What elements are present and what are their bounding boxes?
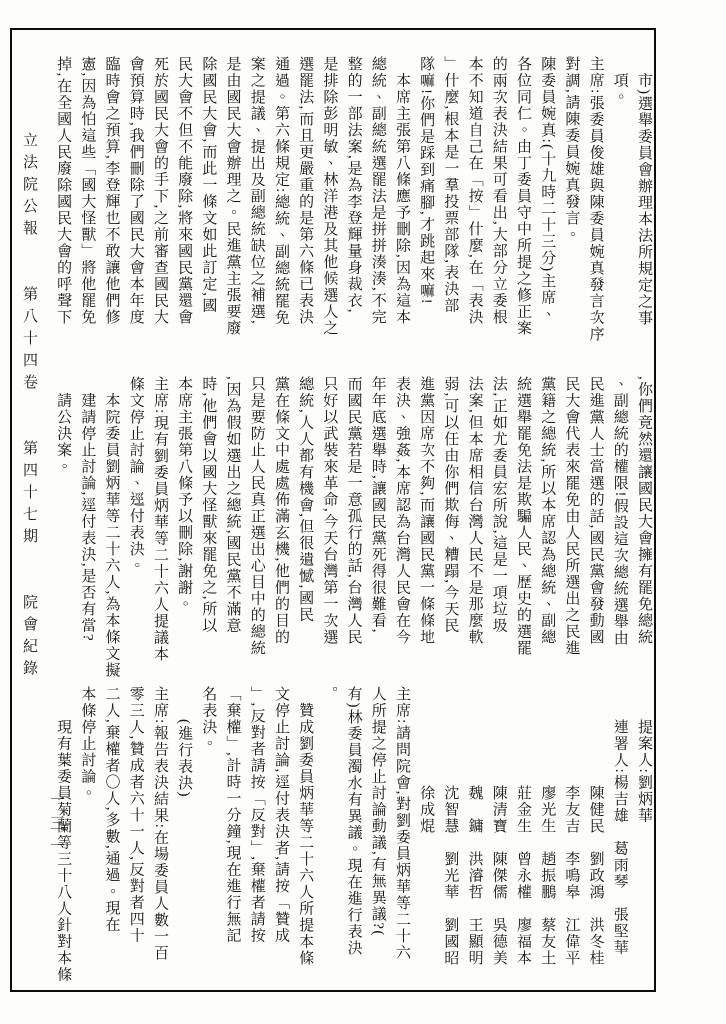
text-column: 隊嘛!你們是踩到痛腳,才跳起來嘛!	[414, 56, 438, 368]
text-column: 主席:張委員俊雄與陳委員婉真發言次序	[583, 56, 607, 368]
text-column: 民大會不但不能廢除,將來國民黨還會	[172, 56, 196, 368]
text-column: 只好以武裝來革命,今天台灣第一次選	[317, 376, 341, 658]
text-column: 請公決案。	[51, 376, 75, 658]
text-column: 統選舉罷免法是欺騙人民、歷史的選罷	[511, 376, 535, 658]
text-column: 陳健民 劉政鴻 洪冬桂	[583, 686, 607, 968]
text-column: 整的一部法案,是為李登輝量身裁衣,	[341, 56, 365, 368]
text-column: 年年底選舉時,讓國民黨死得很難看,	[366, 376, 390, 658]
text-column: 民大會代表來罷免由人民所選出之民進	[559, 376, 583, 658]
text-column: 。	[317, 686, 341, 968]
text-column: 除國民大會,而此一條文如此訂定,國	[196, 56, 220, 368]
text-column: 建請停止討論,逕付表決,是否有當?	[75, 376, 99, 658]
text-column: 名表決。	[196, 686, 220, 968]
text-column: 的兩次表決結果可看出,大部分立委根	[487, 56, 511, 368]
text-column: 掉,在全國人民廢除國民大會的呼聲下	[51, 56, 75, 368]
text-column: 民進黨人士當選的話,國民黨會發動國	[583, 376, 607, 658]
text-column: 臨時會之預算,李登輝也不敢讓他們修	[99, 56, 123, 368]
text-column: 主席:報告表決結果:在場委員人數一百	[148, 686, 172, 968]
text-column: 「棄權」,計時一分鐘,現在進行無記	[220, 686, 244, 968]
text-column: ,因為假如選出之總統,國民黨不滿意	[220, 376, 244, 658]
text-column: 弱,可以任由你們欺侮、糟蹋,今天民	[438, 376, 462, 658]
text-column: 是由國民大會辦理之。民進黨主張要廢	[220, 56, 244, 368]
text-column: 選罷法,而且更嚴重的是第六條已表決	[293, 56, 317, 368]
text-column: 廖光生 趙振鵬 蔡友土	[535, 686, 559, 968]
text-column: 進黨因席次不夠,而讓國民黨一條條地	[414, 376, 438, 658]
text-column: 黨在條文中處處佈滿玄機,他們的目的	[269, 376, 293, 658]
text-column: 沈智慧 劉光華 劉國昭	[438, 686, 462, 968]
text-band-top: 市)選舉委員會辦理本法所規定之事 項。主席:張委員俊雄與陳委員婉真發言次序對調,…	[52, 56, 656, 368]
text-column: 總統,人人都有機會,但很遺憾,國民	[293, 376, 317, 658]
text-column: 各位同仁。由丁委員守中所提之修正案	[511, 56, 535, 368]
text-column: 贊成劉委員炳華等二十六人所提本條	[293, 686, 317, 968]
text-column: 總統、副總統選罷法是拼拼湊湊,不完	[366, 56, 390, 368]
text-column: 本席主張第八條予以刪除,謝謝。	[172, 376, 196, 658]
text-column: 會預算時,我們刪除了國民大會本年度	[124, 56, 148, 368]
text-column: 」,反對者請按「反對」,棄權者請按	[245, 686, 269, 968]
text-column: 對調,請陳委員婉真發言。	[559, 56, 583, 368]
text-column: 主席:現有劉委員炳華等二十六人提議本	[148, 376, 172, 658]
text-band-middle: ,你們竟然還讓國民大會擁有罷免總統、副總統的權限!假設這次總統選舉由民進黨人士當…	[52, 376, 656, 658]
text-column: 李友吉 李鳴皋 江偉平	[559, 686, 583, 968]
text-column: 通過。第六條規定:總統、副總統罷免	[269, 56, 293, 368]
text-column: 黨籍之總統,所以本席認為總統、副總	[535, 376, 559, 658]
text-column: 、副總統的權限!假設這次總統選舉由	[608, 376, 632, 658]
text-column: 本院委員劉炳華等二十六人,為本條文擬	[99, 376, 123, 658]
text-column: 條文停止討論、逕付表決。	[124, 376, 148, 658]
text-column: 時,他們會以國大怪獸來罷免之,所以	[196, 376, 220, 658]
text-column: 零三人,贊成者六十一人,反對者四十	[124, 686, 148, 968]
text-column: 人所提之停止討論動議,有無異議?(	[366, 686, 390, 968]
gazette-page: 立法院公報 第八十四卷 第四十七期 院會紀錄 一三一 市)選舉委員會辦理本法所規…	[0, 0, 726, 1024]
text-column: 」什麼,根本是一羣投票部隊,表決部	[438, 56, 462, 368]
text-column: 而國民黨若是一意孤行的話,台灣人民	[341, 376, 365, 658]
text-band-bottom: 提案人:劉炳華 連署人:楊吉雄 葛雨琴 張堅華 陳健民 劉政鴻 洪冬桂 李友吉 …	[52, 686, 656, 968]
text-column: 憲,因為怕這些「國大怪獸」將他罷免	[75, 56, 99, 368]
text-column: 本條停止討論。	[75, 686, 99, 968]
text-column: 市)選舉委員會辦理本法所規定之事	[632, 56, 656, 368]
text-column: 表決、強姦,本席認為台灣人民會在今	[390, 376, 414, 658]
text-column: 莊金生 曾永權 廖福本	[511, 686, 535, 968]
text-column: 只是要防止人民真正選出心目中的總統	[245, 376, 269, 658]
text-column: 死於國民大會的手下,之前審查國民大	[148, 56, 172, 368]
text-column: 連署人:楊吉雄 葛雨琴 張堅華	[608, 686, 632, 968]
text-column: 魏 鏞 洪濬哲 王顯明	[462, 686, 486, 968]
text-column: 徐成焜	[414, 686, 438, 968]
text-column: 本席主張第八條應予刪除,因為這本	[390, 56, 414, 368]
gazette-header: 立法院公報 第八十四卷 第四十七期 院會紀錄	[19, 132, 40, 812]
text-column: 文停止討論,逕付表決者,請按「贊成	[269, 686, 293, 968]
text-column: 陳清寶 陳傑儒 吳德美	[487, 686, 511, 968]
text-column: 二人,棄權者〇人,多數,通過。現在	[99, 686, 123, 968]
text-column: 法案,但本席相信台灣人民不是那麼軟	[462, 376, 486, 658]
text-column: 項。	[608, 56, 632, 368]
text-column: 法,正如尤委員宏所說,這是一項垃圾	[487, 376, 511, 658]
text-column: ,你們竟然還讓國民大會擁有罷免總統	[632, 376, 656, 658]
text-column: 是排除彭明敏、林洋港及其他候選人之	[317, 56, 341, 368]
text-column: 提案人:劉炳華	[632, 686, 656, 968]
text-column: 陳委員婉真:(十九時二十三分)主席、	[535, 56, 559, 368]
text-column: 本不知道自己在「按」什麼,在「表決	[462, 56, 486, 368]
text-column: 現有葉委員菊蘭等三十八人針對本條	[51, 686, 75, 968]
text-column: 有)林委員濁水有異議。現在進行表決	[341, 686, 365, 968]
text-column: 案之提議、提出及副總統缺位之補選,	[245, 56, 269, 368]
text-column: 主席:請問院會,對劉委員炳華等二十六	[390, 686, 414, 968]
text-column: (進行表決)	[172, 686, 196, 968]
